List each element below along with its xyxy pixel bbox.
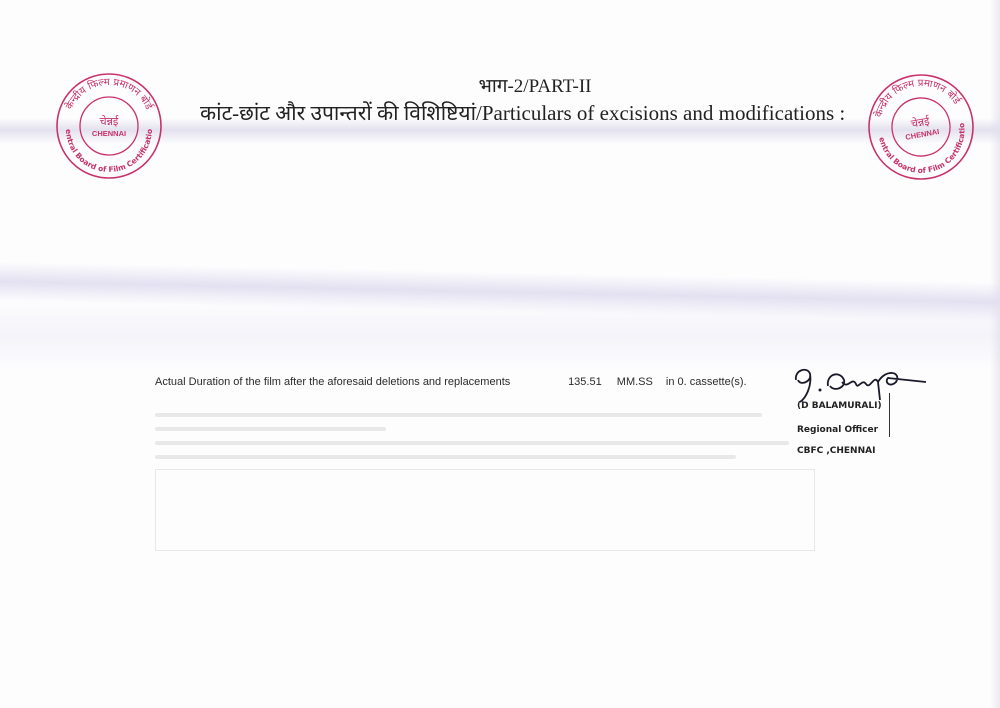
reverse-side-bleed-through: [155, 413, 815, 583]
duration-row: Actual Duration of the film after the af…: [155, 376, 747, 388]
duration-value: 135.51: [568, 376, 602, 388]
part-title: भाग-2/PART-II: [0, 72, 1000, 98]
stamp-city-english: CHENNAI: [905, 127, 940, 142]
duration-label: Actual Duration of the film after the af…: [155, 376, 565, 388]
stamp-city-hindi: चेन्नई: [100, 115, 120, 128]
signature-stroke: [889, 393, 890, 437]
duration-unit: MM.SS: [617, 376, 653, 388]
paper-fold-shadow: [0, 262, 1000, 323]
cassette-count: in 0. cassette(s).: [666, 376, 747, 388]
signer-name: (D BALAMURALI): [797, 401, 882, 411]
stamp-city-english: CHENNAI: [92, 129, 126, 138]
paper-edge: [990, 0, 1000, 708]
section-heading: कांट-छांट और उपान्तरों की विशिष्टियां/Pa…: [200, 99, 880, 127]
